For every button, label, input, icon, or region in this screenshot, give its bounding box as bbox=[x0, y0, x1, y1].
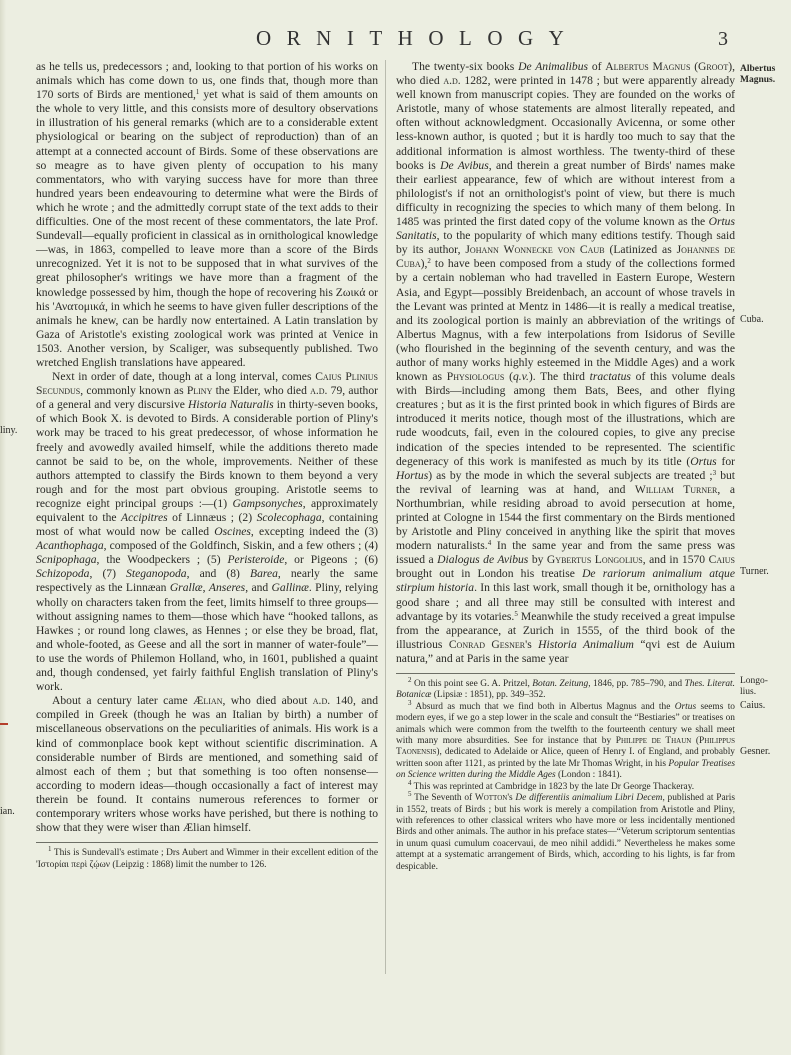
right-column: The twenty-six books De Animalibus of Al… bbox=[396, 60, 735, 873]
author-name: Albertus Magnus (Groot) bbox=[605, 60, 732, 73]
margin-note-turner: Turner. bbox=[740, 566, 769, 577]
footnote-5: 5 The Seventh of Wotton's De differentii… bbox=[396, 793, 735, 873]
footnote-1: 1 This is Sundevall's estimate ; Drs Aub… bbox=[36, 848, 378, 871]
column-rule bbox=[385, 60, 386, 974]
margin-note-albertus: Albertus Magnus. bbox=[740, 64, 790, 86]
page-gutter-shadow bbox=[0, 0, 6, 1055]
running-title: ORNITHOLOGY bbox=[256, 26, 579, 51]
margin-note-gesner: Gesner. bbox=[740, 746, 770, 757]
paragraph-aelian: About a century later came Ælian, who di… bbox=[36, 694, 378, 835]
footnote-4: 4 This was reprinted at Cambridge in 182… bbox=[396, 782, 735, 793]
author-name: Ælian bbox=[193, 694, 222, 707]
paragraph-aristotle: as he tells us, predecessors ; and, look… bbox=[36, 60, 378, 370]
left-column: as he tells us, predecessors ; and, look… bbox=[36, 60, 378, 871]
footnotes-left: 1 This is Sundevall's estimate ; Drs Aub… bbox=[36, 848, 378, 871]
margin-marker bbox=[0, 723, 8, 725]
footnote-2: 2 On this point see G. A. Pritzel, Botan… bbox=[396, 679, 735, 702]
footnotes-right: 2 On this point see G. A. Pritzel, Botan… bbox=[396, 679, 735, 873]
margin-note-cuba: Cuba. bbox=[740, 314, 764, 325]
author-name: Conrad Gesner bbox=[449, 638, 525, 651]
footnote-divider bbox=[396, 673, 735, 674]
page-number: 3 bbox=[718, 28, 728, 51]
margin-note-caius: Caius. bbox=[740, 700, 765, 711]
paragraph-albertus: The twenty-six books De Animalibus of Al… bbox=[396, 60, 735, 666]
paragraph-pliny: Next in order of date, though at a long … bbox=[36, 370, 378, 694]
author-name: Gybertus Longolius bbox=[547, 553, 643, 566]
greek-term: 'Ιστορίαι περὶ ζῴων bbox=[36, 860, 110, 870]
greek-term: Ζωικά bbox=[336, 286, 366, 299]
footnote-divider bbox=[36, 842, 378, 843]
work-title: Historia Naturalis bbox=[188, 398, 274, 411]
greek-term: 'Ανατομικά bbox=[52, 300, 105, 313]
running-head: ORNITHOLOGY 3 bbox=[0, 26, 791, 50]
footnote-3: 3 Absurd as much that we find both in Al… bbox=[396, 702, 735, 782]
margin-note-longolius: Longo-lius. bbox=[740, 676, 774, 698]
document-page: ORNITHOLOGY 3 liny. ian. Albertus Magnus… bbox=[0, 0, 791, 1055]
author-name: William Turner bbox=[635, 483, 717, 496]
author-name: Johann Wonnecke von Caub bbox=[465, 243, 604, 256]
margin-note-pliny: liny. bbox=[0, 425, 17, 436]
margin-note-aelian: ian. bbox=[0, 806, 15, 817]
